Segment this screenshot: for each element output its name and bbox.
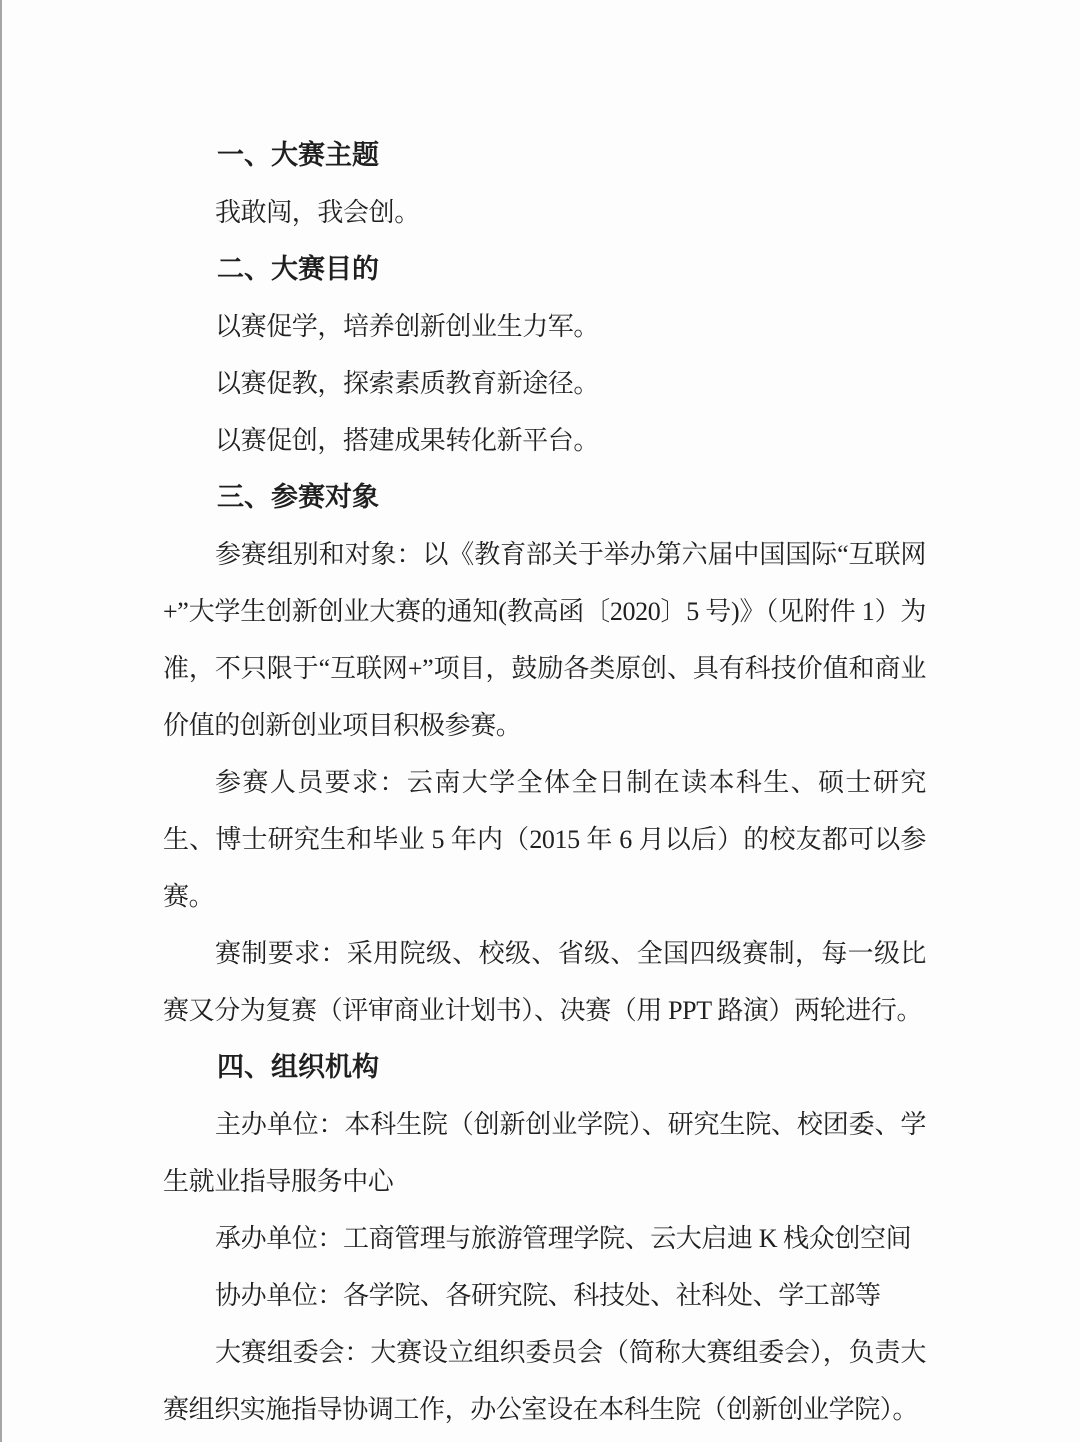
paragraph-purpose-teaching: 以赛促教，探索素质教育新途径。 (163, 355, 926, 412)
paragraph-participant-requirements: 参赛人员要求：云南大学全体全日制在读本科生、硕士研究生、博士研究生和毕业 5 年… (163, 754, 926, 925)
section-heading-competition-theme: 一、大赛主题 (163, 127, 926, 184)
section-heading-participants: 三、参赛对象 (163, 469, 926, 526)
paragraph-organizing-committee: 大赛组委会：大赛设立组织委员会（简称大赛组委会），负责大赛组织实施指导协调工作，… (163, 1324, 926, 1438)
paragraph-host-units: 主办单位：本科生院（创新创业学院）、研究生院、校团委、学生就业指导服务中心 (163, 1096, 926, 1210)
paragraph-theme-slogan: 我敢闯，我会创。 (163, 184, 926, 241)
section-heading-competition-purpose: 二、大赛目的 (163, 241, 926, 298)
document-page: 一、大赛主题 我敢闯，我会创。 二、大赛目的 以赛促学，培养创新创业生力军。 以… (163, 127, 926, 1438)
section-heading-organization: 四、组织机构 (163, 1039, 926, 1096)
paragraph-coorganizer-units: 协办单位：各学院、各研究院、科技处、社科处、学工部等 (163, 1267, 926, 1324)
paragraph-purpose-innovation: 以赛促创，搭建成果转化新平台。 (163, 412, 926, 469)
paragraph-organizer-units: 承办单位：工商管理与旅游管理学院、云大启迪 K 栈众创空间 (163, 1210, 926, 1267)
page-left-edge-shadow (0, 0, 2, 1442)
paragraph-competition-format: 赛制要求：采用院级、校级、省级、全国四级赛制，每一级比赛又分为复赛（评审商业计划… (163, 925, 926, 1039)
paragraph-purpose-learning: 以赛促学，培养创新创业生力军。 (163, 298, 926, 355)
paragraph-participant-groups: 参赛组别和对象：以《教育部关于举办第六届中国国际“互联网+”大学生创新创业大赛的… (163, 526, 926, 754)
